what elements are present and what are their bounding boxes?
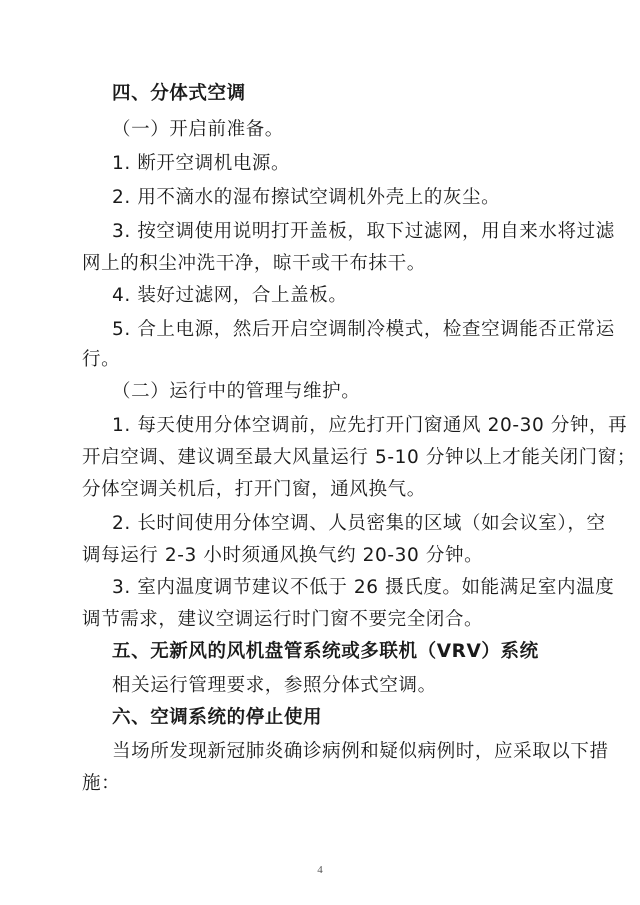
paragraph-line: 3. 室内温度调节建议不低于 26 摄氏度。如能满足室内温度 [112,576,592,600]
section-heading: 六、空调系统的停止使用 [112,706,592,730]
section-heading: 四、分体式空调 [112,82,592,106]
document-page: 四、分体式空调（一）开启前准备。1. 断开空调机电源。2. 用不滴水的湿布擦试空… [0,0,640,905]
paragraph-line: 1. 断开空调机电源。 [112,152,592,176]
paragraph-line: 调每运行 2-3 小时须通风换气约 20-30 分钟。 [82,544,562,568]
paragraph-line: 分体空调关机后，打开门窗，通风换气。 [82,478,562,502]
paragraph-line: 2. 用不滴水的湿布擦试空调机外壳上的灰尘。 [112,186,592,210]
paragraph-line: 施： [82,772,562,796]
paragraph-line: 5. 合上电源，然后开启空调制冷模式，检查空调能否正常运 [112,318,592,342]
paragraph-line: 行。 [82,348,562,372]
paragraph-line: 调节需求，建议空调运行时门窗不要完全闭合。 [82,608,562,632]
paragraph-line: 4. 装好过滤网，合上盖板。 [112,284,592,308]
paragraph-line: 1. 每天使用分体空调前，应先打开门窗通风 20-30 分钟，再 [112,414,592,438]
section-heading: 五、无新风的风机盘管系统或多联机（VRV）系统 [112,640,592,664]
page-number: 4 [0,864,640,876]
paragraph-line: 当场所发现新冠肺炎确诊病例和疑似病例时，应采取以下措 [112,740,592,764]
paragraph-line: 3. 按空调使用说明打开盖板，取下过滤网，用自来水将过滤 [112,220,592,244]
paragraph-line: （二）运行中的管理与维护。 [112,380,592,404]
paragraph-line: （一）开启前准备。 [112,118,592,142]
paragraph-line: 开启空调、建议调至最大风量运行 5-10 分钟以上才能关闭门窗； [82,446,562,470]
paragraph-line: 网上的积尘冲洗干净，晾干或干布抹干。 [82,252,562,276]
paragraph-line: 相关运行管理要求，参照分体式空调。 [112,674,592,698]
paragraph-line: 2. 长时间使用分体空调、人员密集的区域（如会议室），空 [112,512,592,536]
